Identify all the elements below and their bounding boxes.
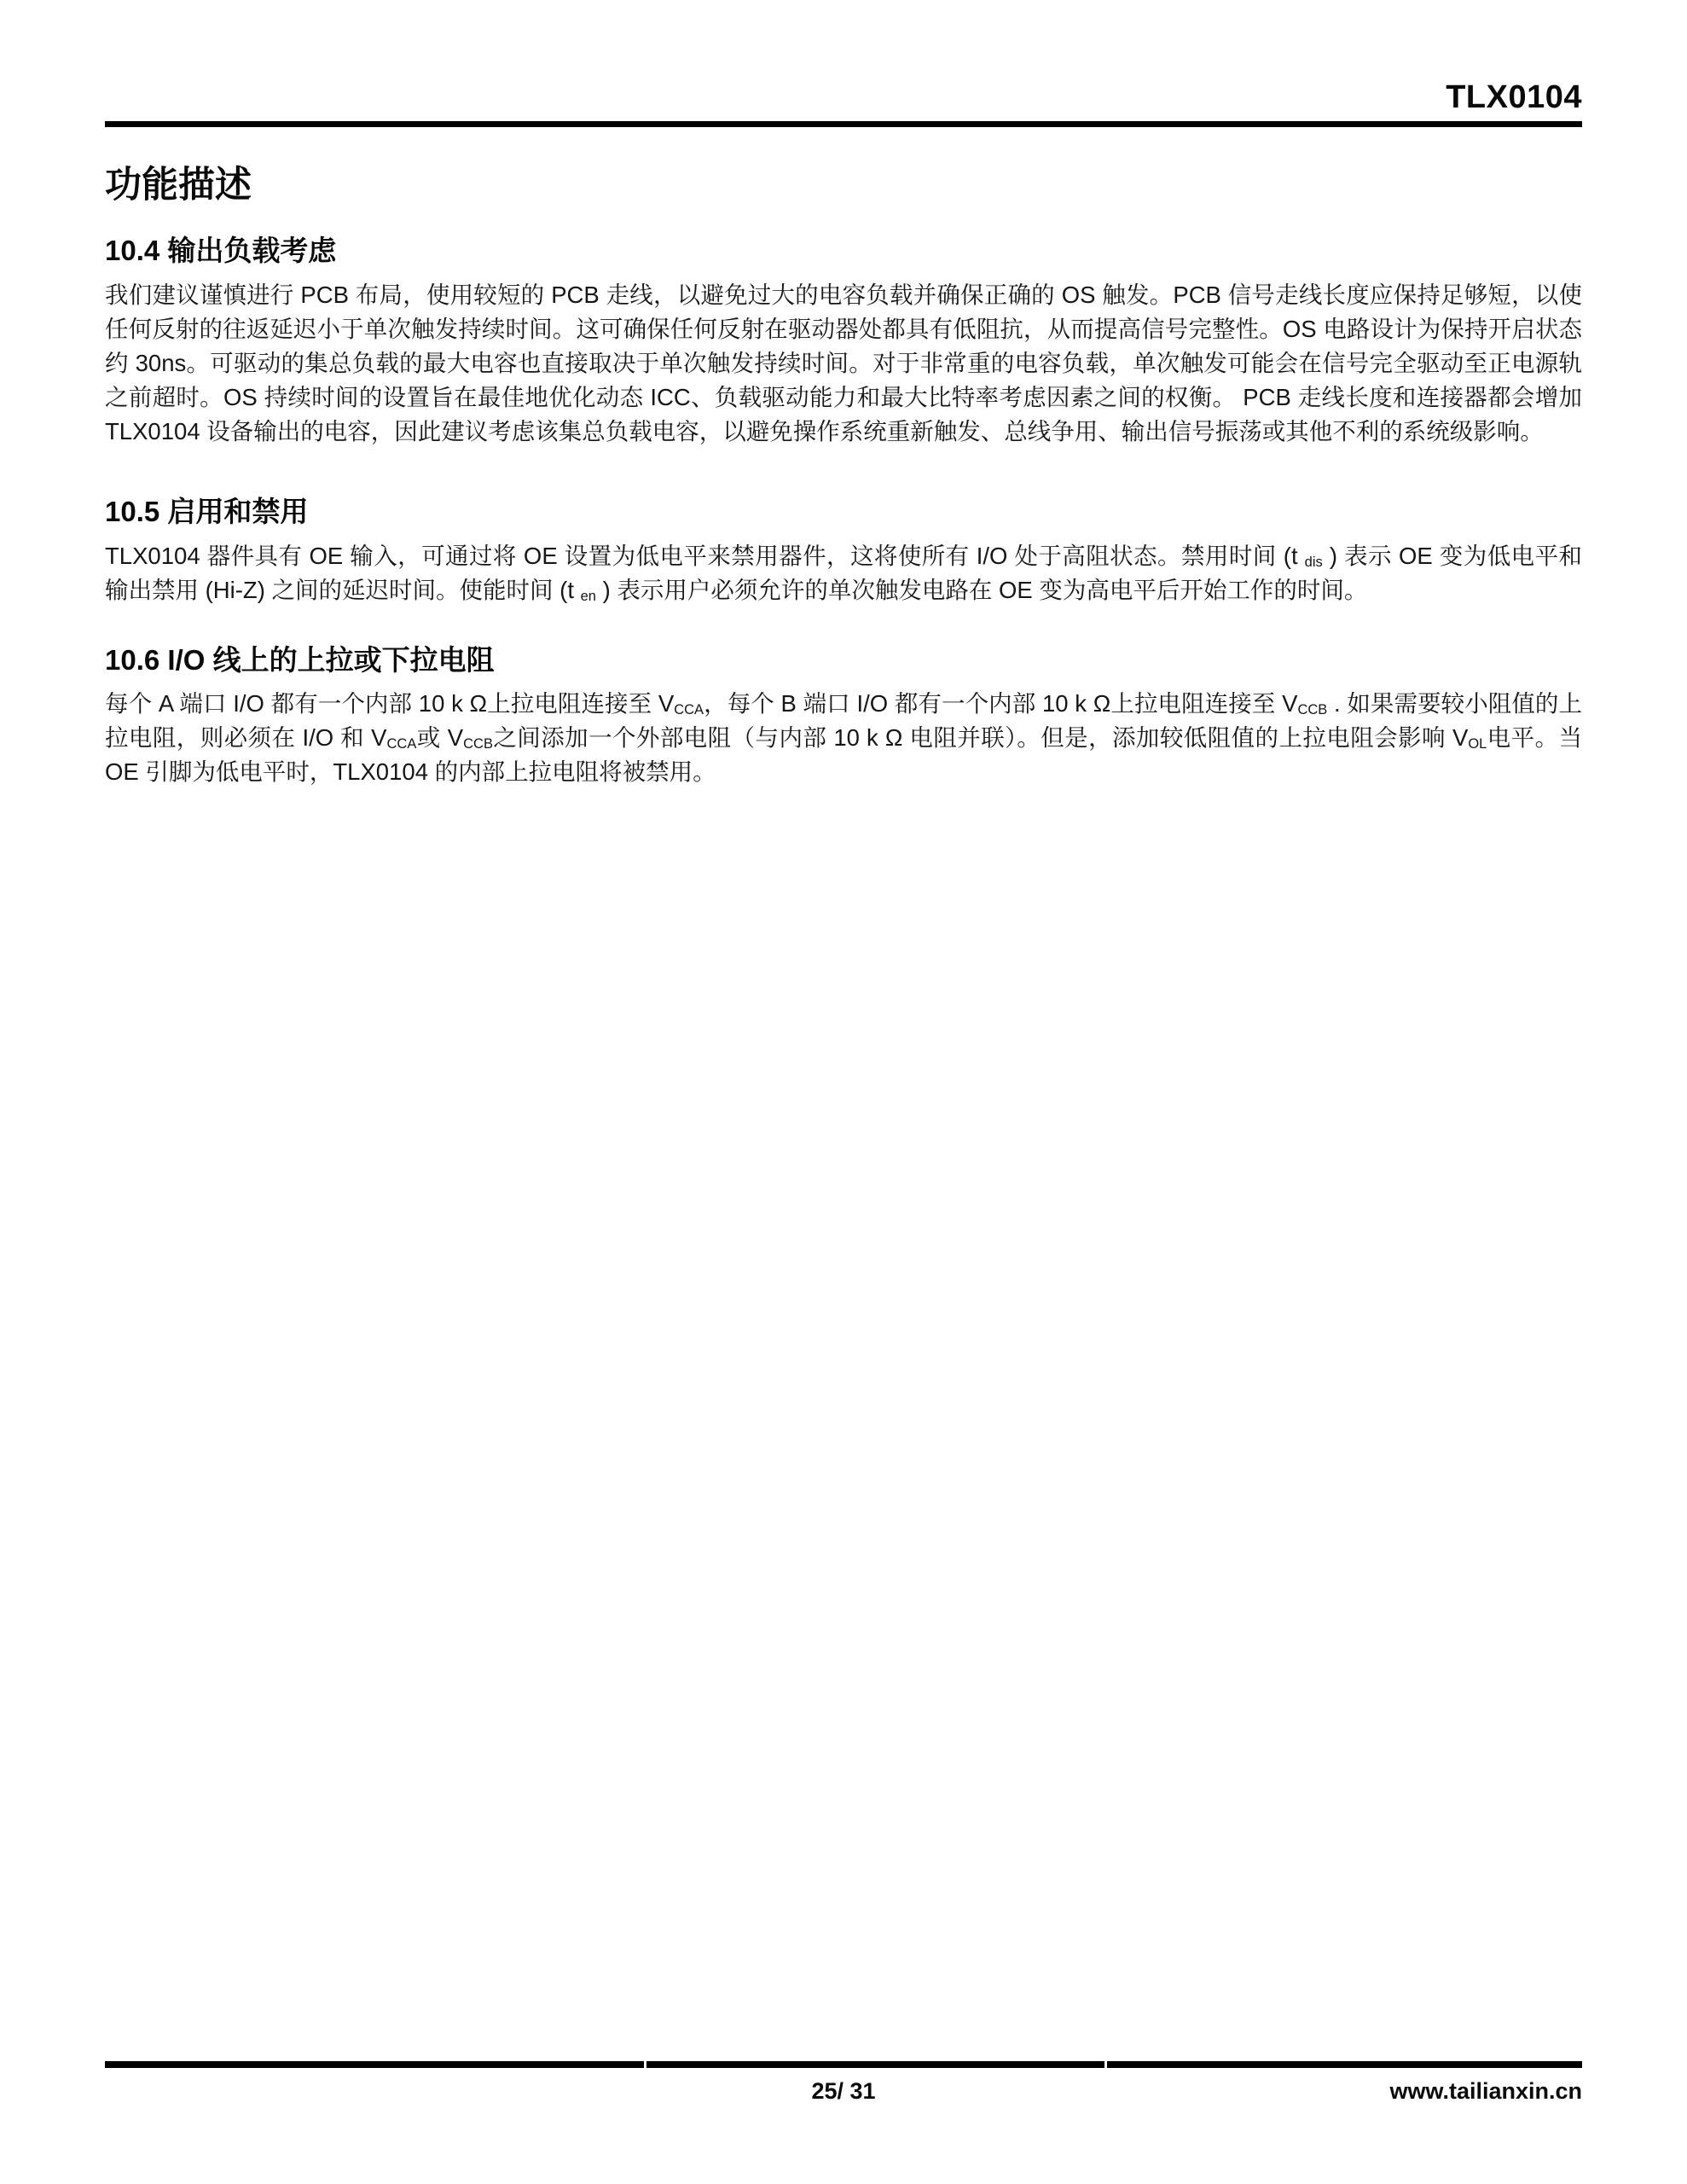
section-body-10-4: 我们建议谨慎进行 PCB 布局，使用较短的 PCB 走线，以避免过大的电容负载并… bbox=[105, 278, 1582, 449]
section-heading-10-5: 10.5 启用和禁用 bbox=[105, 495, 1582, 529]
section-heading-10-4: 10.4 输出负载考虑 bbox=[105, 234, 1582, 268]
website-link: www.tailianxin.cn bbox=[1389, 2078, 1582, 2105]
footer-rule bbox=[105, 2061, 1582, 2068]
footer-rule-segment bbox=[1107, 2061, 1582, 2068]
page-title: 功能描述 bbox=[105, 165, 1582, 206]
document-number: TLX0104 bbox=[105, 78, 1582, 116]
section-body-10-5: TLX0104 器件具有 OE 输入，可通过将 OE 设置为低电平来禁用器件，这… bbox=[105, 539, 1582, 607]
footer-rule-segment bbox=[105, 2061, 644, 2068]
footer-row: 25/ 31 www.tailianxin.cn bbox=[105, 2078, 1582, 2107]
page-footer: 25/ 31 www.tailianxin.cn bbox=[105, 2061, 1582, 2107]
section-output-load: 10.4 输出负载考虑 我们建议谨慎进行 PCB 布局，使用较短的 PCB 走线… bbox=[105, 234, 1582, 449]
footer-rule-segment bbox=[646, 2061, 1104, 2068]
section-body-10-6: 每个 A 端口 I/O 都有一个内部 10 k Ω上拉电阻连接至 VCCA，每个… bbox=[105, 687, 1582, 789]
datasheet-page: TLX0104 功能描述 10.4 输出负载考虑 我们建议谨慎进行 PCB 布局… bbox=[0, 0, 1687, 2184]
page-number: 25/ 31 bbox=[105, 2078, 1582, 2105]
section-pullup-pulldown: 10.6 I/O 线上的上拉或下拉电阻 每个 A 端口 I/O 都有一个内部 1… bbox=[105, 643, 1582, 790]
header-rule bbox=[105, 121, 1582, 127]
section-enable-disable: 10.5 启用和禁用 TLX0104 器件具有 OE 输入，可通过将 OE 设置… bbox=[105, 495, 1582, 607]
section-heading-10-6: 10.6 I/O 线上的上拉或下拉电阻 bbox=[105, 643, 1582, 677]
